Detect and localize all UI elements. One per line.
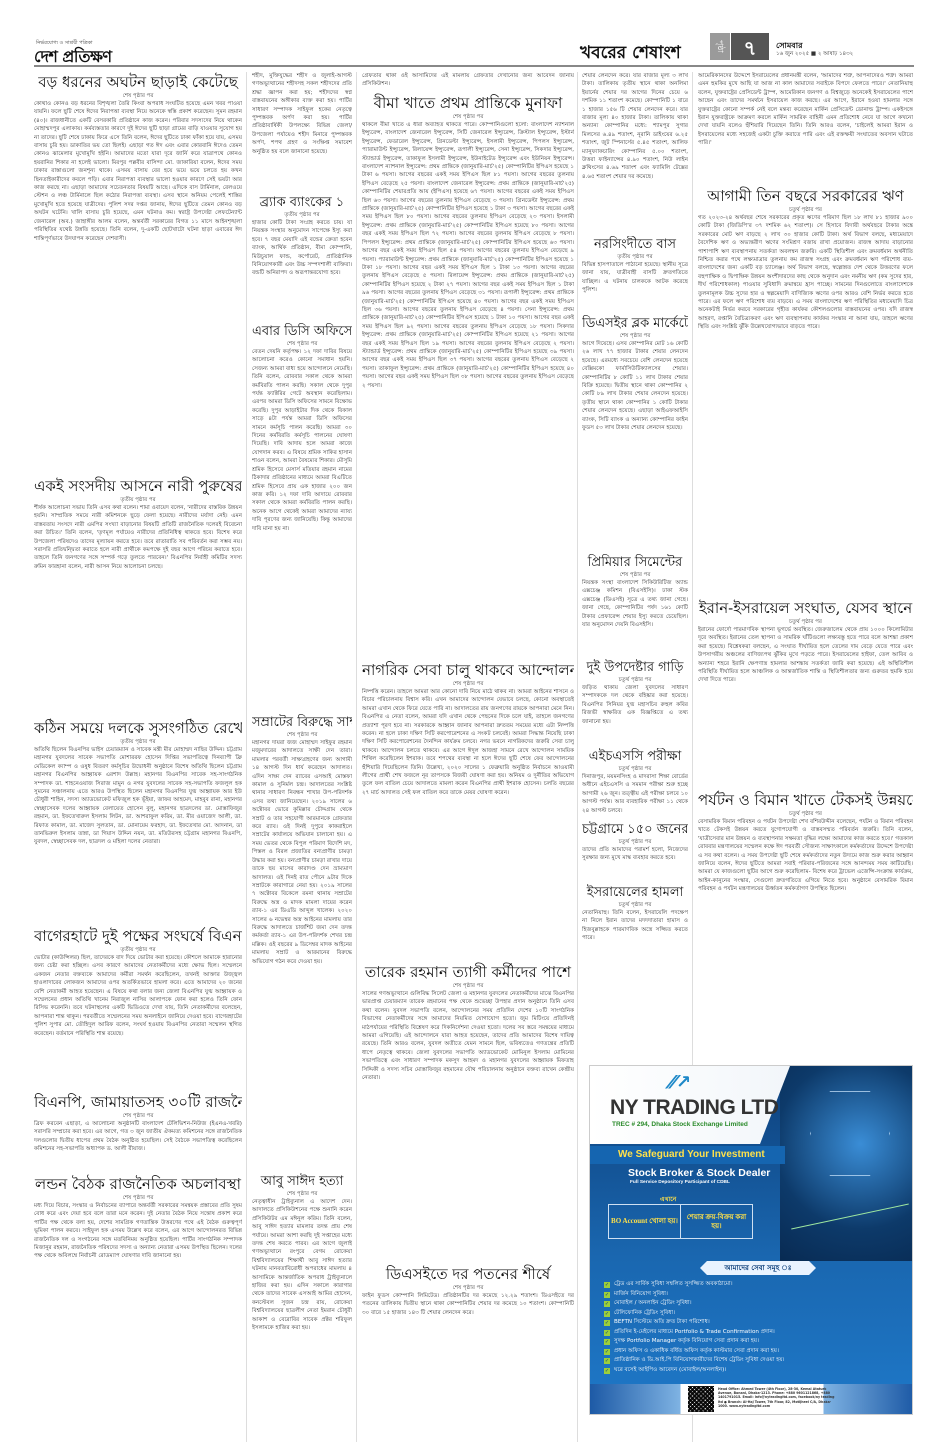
article-body: তাদের প্রতি আমাদের পরামর্শ হলো, নিজেদের … <box>582 846 688 880</box>
article: ইরান-ইসরায়েল সংঘাত, যেসব স্থানে চতুর্থ … <box>698 598 913 786</box>
article-body: নিষ্পত্তি করেন। তাহলে আমরা আর কোনো দাবি … <box>362 688 574 958</box>
article: শেয়ার লেনদেন করে। যার বাজার মূল্য ৩ লাখ… <box>582 72 688 232</box>
continued-from: তৃতীয় পৃষ্ঠার পর <box>34 946 242 954</box>
article-headline[interactable]: একই সংসদীয় আসনে নারী পুরুষের দ্বৈত <box>34 476 242 496</box>
article: ডিএসইতে দর পতনের শীর্ষে শেষ পৃষ্ঠার পর ফ… <box>362 1264 574 1326</box>
checkbox-icon: ✓ <box>604 1358 610 1364</box>
article-body: জড়িত থাকায় জেলা যুবদলের সাধারণ সম্পাদক… <box>582 684 688 744</box>
article-body: আমেরিকানদের উদ্দেশে ইসরায়েলের প্রধানমন্… <box>698 72 913 182</box>
ad-tagline: We Safeguard Your Investment <box>590 1146 785 1164</box>
article: বাগেরহাটে দুই পক্ষের সংঘর্ষে বিএনপির তৃত… <box>34 926 242 1088</box>
article: দুই উপদেষ্টার গাড়ি চতুর্থ পৃষ্ঠার পর জড… <box>582 659 688 744</box>
ad-offer-box: BO Account খোলা হয়। শেয়ার ক্রয়-বিক্রয… <box>608 1204 753 1239</box>
article: একই সংসদীয় আসনে নারী পুরুষের দ্বৈত তৃতী… <box>34 476 242 714</box>
article-headline[interactable]: লন্ডন বৈঠক রাজনৈতিক অচলাবস্থা <box>34 1174 242 1194</box>
continued-from: চতুর্থ পৃষ্ঠার পর <box>698 618 913 626</box>
continued-from: চতুর্থ পৃষ্ঠার পর <box>698 206 913 214</box>
service-item: ✓ঘরে বসেই আইপিও আবেদন (মোবাইল/অনলাইন)। <box>604 1366 904 1376</box>
rising-arrow-logo-icon: ⁄⁄↗ <box>670 1072 691 1093</box>
article: নরসিংদীতে বাস তৃতীয় পৃষ্ঠার পর বিভিন্ন … <box>582 236 688 311</box>
checkbox-icon: ✓ <box>604 1301 610 1307</box>
article: নাগরিক সেবা চালু থাকবে আন্দোলনও শেষ পৃষ্… <box>362 660 574 958</box>
column-4: শেয়ার লেনদেন করে। যার বাজার মূল্য ৩ লাখ… <box>582 72 688 957</box>
continued-from: তৃতীয় পৃষ্ঠার পর <box>252 211 352 219</box>
article-body: শীর্ষক আলোচনা সভায় তিনি এসব কথা বলেন। শ… <box>34 504 242 714</box>
article: তারেক রহমান ত্যাগী কর্মীদের পাশে শেষ পৃষ… <box>362 962 574 1260</box>
article-headline[interactable]: আবু সাঈদ হত্যা <box>252 1173 352 1190</box>
article-body: গত ২০২৩-২৪ অর্থবছর শেষে সরকারের প্রকৃত ঋ… <box>698 214 913 594</box>
continued-from: শেষ পৃষ্ঠার পর <box>362 113 574 121</box>
service-item: ✓প্রধান অফিস ও একাধিক বর্ধিত অফিস কর্তৃক… <box>604 1347 904 1357</box>
article-headline[interactable]: সম্রাটের বিরুদ্ধে সাক্ষ্য <box>252 714 352 731</box>
article-body: হাজার কোটি টাকা সংগ্রহ করতে চায়। যা নিয… <box>252 219 352 319</box>
checkbox-icon: ✓ <box>604 1349 610 1355</box>
article-body: শেয়ার লেনদেন করে। যার বাজার মূল্য ৩ লাখ… <box>582 72 688 232</box>
qr-code-icon[interactable] <box>688 1386 714 1412</box>
article: সম্রাটের বিরুদ্ধে সাক্ষ্য শেষ পৃষ্ঠার পর… <box>252 714 352 1169</box>
masthead: নির্ভরযোগ্য ও সাশ্রয়ী পত্রিকা দেশ প্রতি… <box>0 0 945 60</box>
continued-from: শেষ পৃষ্ঠার পর <box>362 982 574 990</box>
issue-date: ১৬ জুন ২০২৫ ■ ২ আষাঢ় ১৪৩২ <box>776 51 853 59</box>
article: আমেরিকানদের উদ্দেশে ইসরায়েলের প্রধানমন্… <box>698 72 913 182</box>
bo-account-offer: BO Account খোলা হয়। <box>609 1205 681 1238</box>
article: ডিএসইর ব্লক মার্কেটে শেষ পৃষ্ঠার পর আগে … <box>582 315 688 550</box>
continued-from: শেষ পৃষ্ঠার পর <box>34 1194 242 1202</box>
article-headline[interactable]: বীমা খাতে প্রথম প্রান্তিকে মুনাফা <box>362 93 574 113</box>
column-2: শহীদ, মুক্তিযুদ্ধের শহীদ ও জুলাই-আগস্ট গ… <box>252 72 352 1452</box>
article-body: কোথাও কোনও বড় ধরনের বিশৃঙ্খলা তৈরি কিংব… <box>34 100 242 472</box>
article: লন্ডন বৈঠক রাজনৈতিক অচলাবস্থা শেষ পৃষ্ঠা… <box>34 1174 242 1294</box>
article: চট্টগ্রামে ১৫০ জনের চতুর্থ পৃষ্ঠার পর তা… <box>582 821 688 880</box>
checkbox-icon: ✓ <box>604 1330 610 1336</box>
article-headline[interactable]: দুই উপদেষ্টার গাড়ি <box>582 659 688 676</box>
ad-services-title: আমাদের সেবা সমূহ ঃ <box>700 1261 816 1275</box>
article: পর্যটন ও বিমান খাতে টেকসই উন্নয়নে চতুর্… <box>698 790 913 936</box>
article-headline[interactable]: বাগেরহাটে দুই পক্ষের সংঘর্ষে বিএনপির <box>34 926 242 946</box>
article-headline[interactable]: এইচএসসি পরীক্ষা <box>582 748 688 765</box>
article-headline[interactable]: ডিএসইতে দর পতনের শীর্ষে <box>362 1264 574 1284</box>
article: শহীদ, মুক্তিযুদ্ধের শহীদ ও জুলাই-আগস্ট গ… <box>252 72 352 190</box>
article: কঠিন সময়ে দলকে সুসংগঠিত রেখেছেন তৃতীয় … <box>34 718 242 922</box>
article-headline[interactable]: কঠিন সময়ে দলকে সুসংগঠিত রেখেছেন <box>34 718 242 738</box>
column-1: বড় ধরনের অঘটন ছাড়াই কেটেছে শেষ পৃষ্ঠার… <box>34 72 242 1298</box>
ad-trec-number: TREC # 294, Dhaka Stock Exchange Limited <box>612 1121 748 1128</box>
continued-from: শেষ পৃষ্ঠার পর <box>252 340 352 348</box>
article-headline[interactable]: নরসিংদীতে বাস <box>582 236 688 253</box>
continued-from: শেষ পৃষ্ঠার পর <box>34 1112 242 1120</box>
ad-company-name: NY TRADING LTD <box>610 1096 778 1120</box>
share-trading-offer: শেয়ার ক্রয়-বিক্রয় করা হয়। <box>681 1205 752 1238</box>
article-body: নেতৃত্বাধীন ট্রাইব্যুনাল এ আদেশ দেন। আদা… <box>252 1198 352 1448</box>
article-body: ফাইন ফুডস কোম্পানি লিমিটেড। প্রতিষ্ঠানটি… <box>362 1292 574 1326</box>
article: বীমা খাতে প্রথম প্রান্তিকে মুনাফা শেষ পৃ… <box>362 93 574 656</box>
continued-from: শেষ পৃষ্ঠার পর <box>252 1190 352 1198</box>
continued-from: চতুর্থ পৃষ্ঠার পর <box>582 838 688 846</box>
service-item: ✓মার্জিন বিনিয়োগ সুবিধা। <box>604 1290 904 1300</box>
checkbox-icon: ✓ <box>604 1282 610 1288</box>
article: আগামী তিন বছরে সরকারের ঋণ চতুর্থ পৃষ্ঠার… <box>698 186 913 594</box>
section-title: খবরের শেষাংশ <box>580 40 681 68</box>
article-headline[interactable]: চট্টগ্রামে ১৫০ জনের <box>582 821 688 838</box>
article-body: আগে দিয়েছে। এসব কোম্পানির মোট ১৬ কোটি ২… <box>582 340 688 550</box>
article-headline[interactable]: ইসরায়েলের হামলা <box>582 884 688 901</box>
checkbox-icon: ✓ <box>604 1339 610 1345</box>
service-item: ✓ট্রেড এর সার্বিক সুবিধা সম্বলিত সুসজ্জি… <box>604 1280 904 1290</box>
article-body: নেতানিয়াহু। তিনি বলেন, ইসরায়েলি পদক্ষে… <box>582 909 688 953</box>
service-item: ✓সুদক্ষ Portfolio Manager কর্তৃক বিনিয়ো… <box>604 1337 904 1347</box>
ad-services-list: ✓ট্রেড এর সার্বিক সুবিধা সম্বলিত সুসজ্জি… <box>604 1280 904 1375</box>
column-divider <box>356 72 357 1442</box>
article-headline[interactable]: আগামী তিন বছরে সরকারের ঋণ <box>698 186 913 206</box>
ny-trading-advertisement[interactable]: ⁄⁄↗ NY TRADING LTD TREC # 294, Dhaka Sto… <box>589 1065 913 1415</box>
article-body: অতিথি ছিলেন বিএনপির ভাইস চেয়ারম্যান ও স… <box>34 746 242 922</box>
continued-from: চতুর্থ পৃষ্ঠার পর <box>582 901 688 909</box>
column-divider <box>246 72 247 1442</box>
continued-from: তৃতীয় পৃষ্ঠার পর <box>582 253 688 261</box>
continued-from: চতুর্থ পৃষ্ঠার পর <box>582 676 688 684</box>
article-body: বেতন দেয়নি কর্তৃপক্ষ। ১২ দফা দাবির বিষয… <box>252 348 352 710</box>
checkbox-icon: ✓ <box>604 1311 610 1317</box>
checkbox-icon: ✓ <box>604 1320 610 1326</box>
ad-service: Stock Broker & Stock Dealer <box>628 1167 770 1179</box>
page-label: পৃষ্ঠা <box>710 33 730 60</box>
column-5: আমেরিকানদের উদ্দেশে ইসরায়েলের প্রধানমন্… <box>698 72 913 940</box>
article: ব্র্যাক ব্যাংকের ১ তৃতীয় পৃষ্ঠার পর হাজ… <box>252 194 352 319</box>
service-item: ✓প্রাতিষ্ঠানিক ও ডি.আই.পি বিনিয়োগকারীদে… <box>604 1356 904 1366</box>
article: আবু সাঈদ হত্যা শেষ পৃষ্ঠার পর নেতৃত্বাধী… <box>252 1173 352 1448</box>
article-body: মহানগর দায়রা জজ মোহাম্মদ সাইফুর রহমান ম… <box>252 739 352 1169</box>
article-body: থাকলে বীমা খাতে এ ধারা অব্যাহত থাকতে পার… <box>362 121 574 656</box>
article: বড় ধরনের অঘটন ছাড়াই কেটেছে শেষ পৃষ্ঠার… <box>34 72 242 472</box>
article: ইসরায়েলের হামলা চতুর্থ পৃষ্ঠার পর নেতান… <box>582 884 688 953</box>
article-headline[interactable]: বিএনপি, জামায়াতসহ ৩০টি রাজনৈতিক <box>34 1092 242 1112</box>
continued-from: শেষ পৃষ্ঠার পর <box>362 680 574 688</box>
article-body: গ্রেফতার থাকা ওই আসামিদের এই মামলায় গ্র… <box>362 72 574 89</box>
article-headline[interactable]: প্রিমিয়ার সিমেন্টের <box>582 554 688 571</box>
checkbox-icon: ✓ <box>604 1368 610 1374</box>
service-item: ✓BEFTN সিস্টেমে অতি দ্রুত টাকা পরিশোধ। <box>604 1318 904 1328</box>
continued-from: শেষ পৃষ্ঠার পর <box>34 92 242 100</box>
article-body: বিভিন্ন হাসপাতালে পাঠানো হয়েছে। স্থানীয… <box>582 261 688 311</box>
article-body: শহীদ, মুক্তিযুদ্ধের শহীদ ও জুলাই-আগস্ট গ… <box>252 72 352 190</box>
article: এবার ডিসি অফিসে শেষ পৃষ্ঠার পর বেতন দেয়… <box>252 323 352 710</box>
continued-from: শেষ পৃষ্ঠার পর <box>362 1284 574 1292</box>
continued-from: চতুর্থ পৃষ্ঠার পর <box>698 810 913 818</box>
article-headline[interactable]: পর্যটন ও বিমান খাতে টেকসই উন্নয়নে <box>698 790 913 810</box>
ad-service-sub: Full Service Depository Participant of C… <box>630 1180 730 1185</box>
column-3: গ্রেফতার থাকা ওই আসামিদের এই মামলায় গ্র… <box>362 72 574 1330</box>
article: গ্রেফতার থাকা ওই আসামিদের এই মামলায় গ্র… <box>362 72 574 89</box>
header-divider <box>34 65 914 67</box>
continued-from: তৃতীয় পৃষ্ঠার পর <box>34 496 242 504</box>
article-body: ভোটার (কাউন্সিলর) ছিল, তাদেরকে বাদ দিয়ে… <box>34 954 242 1088</box>
continued-from: শেষ পৃষ্ঠার পর <box>252 731 352 739</box>
article: বিএনপি, জামায়াতসহ ৩০টি রাজনৈতিক শেষ পৃষ… <box>34 1092 242 1170</box>
article-body: দিনাজপুর, ময়মনসিংহ ও মাদরাসা শিক্ষা বোর… <box>582 773 688 817</box>
article-headline[interactable]: তারেক রহমান ত্যাগী কর্মীদের পাশে <box>362 962 574 982</box>
service-item: ✓প্রতিদিন ই-মেইলের মাধ্যমে Portfolio & T… <box>604 1328 904 1338</box>
article-headline[interactable]: বড় ধরনের অঘটন ছাড়াই কেটেছে <box>34 72 242 92</box>
article: প্রিমিয়ার সিমেন্টের শেষ পৃষ্ঠার পর নিয়… <box>582 554 688 655</box>
continued-from: শেষ পৃষ্ঠার পর <box>582 332 688 340</box>
column-divider <box>577 72 578 1442</box>
article-body: সালের গণঅভ্যুত্থানে গুলিবিদ্ধ সিলেট জেলা… <box>362 990 574 1260</box>
page-number: ৭ <box>731 33 769 60</box>
checkbox-icon: ✓ <box>604 1292 610 1298</box>
article-headline[interactable]: নাগরিক সেবা চালু থাকবে আন্দোলনও <box>362 660 574 680</box>
continued-from: তৃতীয় পৃষ্ঠার পর <box>34 738 242 746</box>
ad-address: Head Office: Ahmed Tower (4th Floor), 28… <box>718 1387 836 1408</box>
article: এইচএসসি পরীক্ষা চতুর্থ পৃষ্ঠার পর দিনাজপ… <box>582 748 688 817</box>
article-body: ব্রিফ করবেন এছাড়া, এ আলোচনা অনুষ্ঠানটি … <box>34 1120 242 1170</box>
article-headline[interactable]: এবার ডিসি অফিসে <box>252 323 352 340</box>
article-headline[interactable]: ইরান-ইসরায়েল সংঘাত, যেসব স্থানে <box>698 598 913 618</box>
continued-from: চতুর্থ পৃষ্ঠার পর <box>582 765 688 773</box>
article-body: ইরানের ফোর্দো পারমাণবিক স্থাপনা ভূগর্ভে … <box>698 626 913 786</box>
service-item: ✓মোবাইল / অনলাইন ট্রেডিং সুবিধা। <box>604 1299 904 1309</box>
article-body: নিয়ন্ত্রক সংস্থা বাংলাদেশ সিকিউরিটিজ অ্… <box>582 579 688 655</box>
article-body: মধ্য দিয়ে বিচার, সংস্কার ও নির্বাচনের ব… <box>34 1202 242 1294</box>
article-body: বেসামরিক বিমান পরিবহন ও পর্যটন উপদেষ্টা … <box>698 818 913 936</box>
continued-from: শেষ পৃষ্ঠার পর <box>582 571 688 579</box>
article-headline[interactable]: ব্র্যাক ব্যাংকের ১ <box>252 194 352 211</box>
article-headline[interactable]: ডিএসইর ব্লক মার্কেটে <box>582 315 688 332</box>
service-item: ✓টেলিফোনিক ট্রেডিং সুবিধা। <box>604 1309 904 1319</box>
